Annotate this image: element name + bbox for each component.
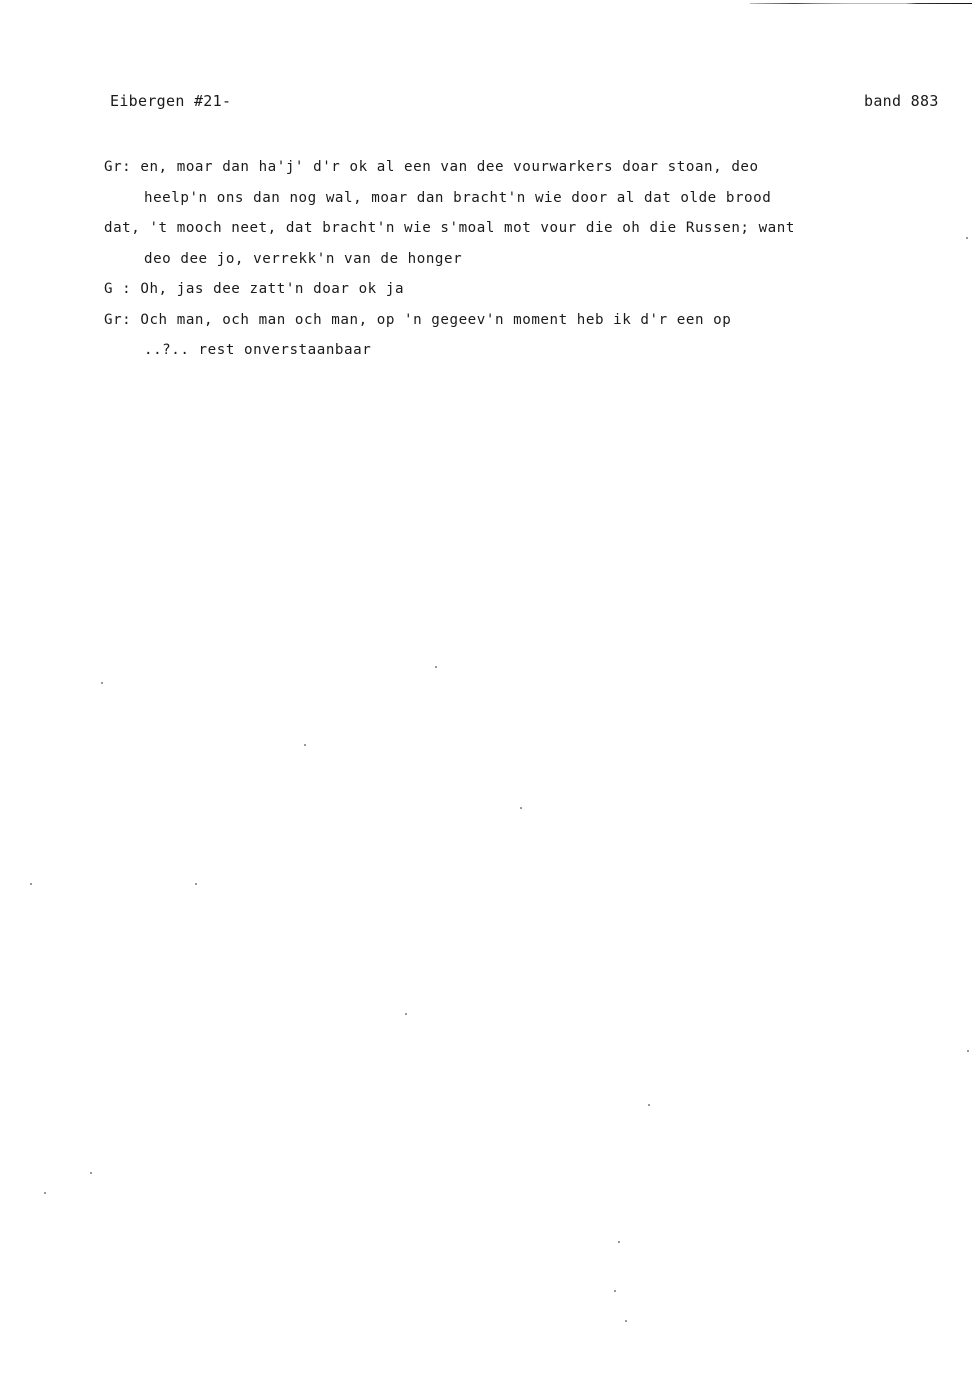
transcript-line: deo dee jo, verrekk'n van de honger	[104, 244, 924, 275]
speaker-label: G :	[104, 281, 131, 297]
speaker-label: Gr:	[104, 312, 131, 328]
scan-speck	[648, 1104, 650, 1106]
scan-speck	[520, 807, 522, 809]
scan-speck	[614, 1290, 616, 1292]
scan-speck	[967, 1050, 969, 1052]
utterance-text: en, moar dan ha'j' d'r ok al een van dee…	[140, 159, 758, 175]
scan-speck	[101, 682, 103, 684]
speaker-label: Gr:	[104, 159, 131, 175]
tape-number-header: band 883	[864, 92, 939, 110]
scan-speck	[195, 883, 197, 885]
scan-speck	[405, 1013, 407, 1015]
utterance-text: Och man, och man och man, op 'n gegeev'n…	[140, 312, 731, 328]
utterance-text: heelp'n ons dan nog wal, moar dan bracht…	[144, 190, 771, 206]
scan-speck	[90, 1172, 92, 1174]
transcript-line: heelp'n ons dan nog wal, moar dan bracht…	[104, 183, 924, 214]
scan-speck	[304, 744, 306, 746]
transcript-body: Gr: en, moar dan ha'j' d'r ok al een van…	[104, 152, 924, 366]
transcript-line: Gr: en, moar dan ha'j' d'r ok al een van…	[104, 152, 924, 183]
utterance-text: dat, 't mooch neet, dat bracht'n wie s'm…	[104, 220, 795, 236]
transcript-line: Gr: Och man, och man och man, op 'n gege…	[104, 305, 924, 336]
transcript-line: G : Oh, jas dee zatt'n doar ok ja	[104, 274, 924, 305]
utterance-text: deo dee jo, verrekk'n van de honger	[144, 251, 462, 267]
scan-speck	[618, 1241, 620, 1243]
transcript-line: ..?.. rest onverstaanbaar	[104, 335, 924, 366]
scan-speck	[435, 666, 437, 668]
document-location-header: Eibergen #21-	[110, 92, 231, 110]
scan-speck	[966, 237, 968, 239]
utterance-text: Oh, jas dee zatt'n doar ok ja	[140, 281, 404, 297]
scan-speck	[44, 1192, 46, 1194]
top-border-line	[750, 3, 972, 4]
scan-speck	[30, 883, 32, 885]
scan-speck	[625, 1320, 627, 1322]
utterance-text: ..?.. rest onverstaanbaar	[144, 342, 371, 358]
transcript-line: dat, 't mooch neet, dat bracht'n wie s'm…	[104, 213, 924, 244]
